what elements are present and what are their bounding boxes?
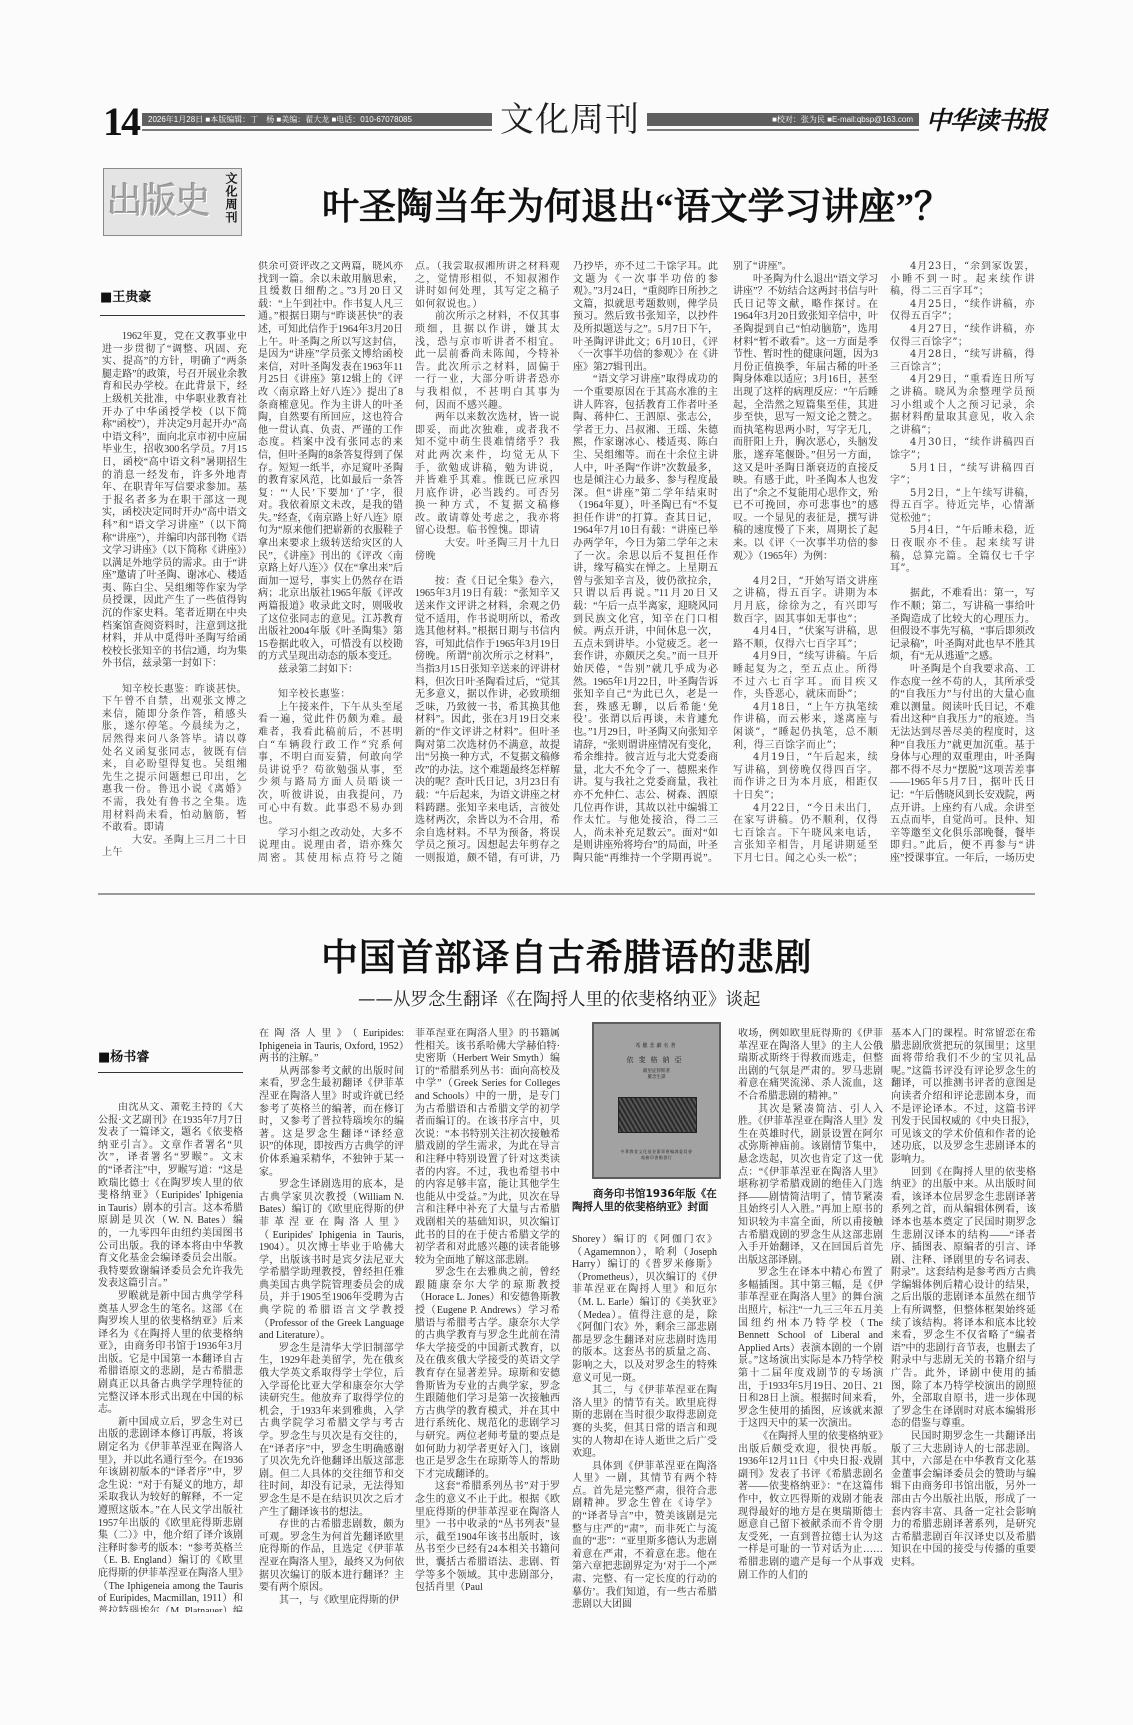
diary-entry: 4月2日，“开始写语文讲座之讲稿，得五百字。讲期为本月月底，徐徐为之，有兴即写数…: [733, 576, 878, 626]
article-bottom-subheadline: ——从罗念生翻译《在陶捋人里的依斐格纳亚》谈起: [358, 989, 761, 1011]
cover-publisher-line: 商務印書館發行: [594, 1155, 719, 1161]
cover-series-text: 希臘悲劇名著: [594, 1042, 719, 1049]
article-bottom-column-6: 基本入门的课程。时常留恋在希腊悲剧欣赏把玩的氛围里；这里面将带给我们不少的宝贝礼…: [891, 1028, 1036, 1612]
paragraph: 罗念生在去雅典之前，曾经跟随康奈尔大学的琼斯教授（Horace L. Jones…: [415, 1267, 560, 1481]
letter-text: 两年以来数次选材，皆一说即妥，而此次独难，或者我不知不觉中萌生畏难情绪乎？我对此…: [415, 412, 560, 538]
diary-entry: 4月4日，“伏案写讲稿，思路不顺，仅得六七百字耳”；: [733, 626, 878, 651]
page-number: 14: [103, 102, 139, 142]
paragraph: 民国时期罗念生一共翻译出版了三大悲剧诗人的七部悲剧。其中，六部是在中华教育文化基…: [891, 1431, 1036, 1570]
paragraph: 罗睺就是新中国古典学学科奠基人罗念生的笔名。这部《在陶罗埃人里的依斐格纳亚》后来…: [98, 1291, 243, 1417]
diary-entry: 4月30日，“续作讲稿四百馀字”；: [890, 437, 1035, 462]
header-rule-left: [142, 129, 492, 131]
paragraph: 从两部参考文献的出版时间来看，罗念生最初翻译《伊菲革涅亚在陶洛人里》时或许就已经…: [259, 1066, 404, 1179]
paragraph-continuation: 供余可资评改之文两篇，晓风亦找到一篇。余以未敢用脑思索，且缓数日细酌之。”3月2…: [258, 261, 403, 664]
paragraph: 回到《在陶捋人里的依斐格纳亚》的出版中来。从出版时间看，该译本位居罗念生悲剧译著…: [891, 1167, 1036, 1431]
diary-entry: 4月9日，“续写讲稿。午后睡起复为之，至五点止。所得不过六七百字耳。而目疾又作，…: [733, 651, 878, 701]
article-bottom-column-2: 在陶洛人里》（Euripides: Iphigeneia in Tauris, …: [259, 1028, 404, 1612]
cover-author-text: 歐里庇得斯著 羅念生譯: [594, 1069, 719, 1081]
paragraph: 其次是紧凑简洁、引人入胜。《伊菲革涅亚在陶洛人里》发生在英雄时代，剧景设置在阿尔…: [738, 1104, 883, 1268]
paragraph: 兹录第二封如下：: [258, 664, 403, 677]
column-logo-title: 出版史: [107, 175, 209, 229]
diary-entry: 4月19日，“午后起来，续写讲稿，到傍晚仅得四百字。而作讲之日为本月底，相距仅十…: [733, 752, 878, 802]
diary-entry: 4月23日，“余到家饭罢，小睡不到一时。起来续作讲稿，得二三百字耳”；: [890, 261, 1035, 299]
article-top-column-6: 4月23日，“余到家饭罢，小睡不到一时。起来续作讲稿，得二三百字耳”； 4月25…: [890, 261, 1035, 863]
paragraph: 据此，不难看出：第一，写作不顺；第二，写讲稿一事给叶圣陶造成了比较大的心理压力。…: [890, 588, 1035, 664]
paragraph-continuation: Shorey）编订的《阿伽门农》（Agamemnon），哈利（Joseph Ha…: [572, 1234, 717, 1385]
paragraph-continuation: 基本入门的课程。时常留恋在希腊悲剧欣赏把玩的氛围里；这里面将带给我们不少的宝贝礼…: [891, 1028, 1036, 1167]
diary-entry: 5月2日，“上午续写讲稿，得五百字。待近完毕，心情渐觉松弛”；: [890, 488, 1035, 526]
article-top-column-3: 点。（我尝取叔湘所讲之材料观之，觉情形相似，不知叔湘作讲时如何处理，其写定之稿子…: [415, 261, 560, 863]
article-divider-rule: [98, 893, 1035, 895]
article-top-headline: 叶圣陶当年为何退出“语文学习讲座”？: [322, 184, 951, 232]
letter-salutation: 知辛校长惠鉴：: [258, 689, 403, 702]
article-bottom-byline: ■杨书睿: [98, 1050, 149, 1066]
cover-woodcut-illustration: [618, 1097, 697, 1133]
paragraph-continuation: 在陶洛人里》（Euripides: Iphigeneia in Tauris, …: [259, 1028, 404, 1066]
paragraph: 存世的古希腊悲剧数，颇为可观。罗念生为何首先翻译欧里庇得斯的作品，且选定《伊菲革…: [259, 1519, 404, 1595]
article-bottom-headline: 中国首部译自古希腊语的悲剧: [321, 936, 812, 982]
paragraph: 《在陶捋人里的依斐格纳亚》出版后颇受欢迎，很快再版。1936年12月11日《中央…: [738, 1431, 883, 1582]
diary-entry: 5月1日，“续写讲稿四百字”；: [890, 463, 1035, 488]
header-info-bar-right: ■校对：张为民 ■E-mail:qbsp@163.com: [647, 113, 919, 126]
letter-text: 学习小组之改动处，大多不说理由。说理由者，语亦殊欠周密。其使用标点符号之随便，与…: [258, 828, 403, 863]
diary-entry: 4月22日，“今日未出门，在家写讲稿。仍不顺利，仅得七百馀言。下午晓风来电话，言…: [733, 803, 878, 863]
article-bottom-column-1: 由沈从文、萧乾主持的《大公报·文艺副刊》在1935年7月7日发表了一篇译文，题名…: [98, 1102, 243, 1612]
paragraph: 具体到《伊菲革涅亚在陶洛人里》一剧，其情节有两个特点。首先是完整严肃，很符合悲剧…: [572, 1461, 717, 1612]
paragraph: 罗念生译剧选用的底本，是古典学家贝次教授（William N. Bates）编订…: [259, 1179, 404, 1343]
paragraph: 其二，与《伊菲革涅亚在陶洛人里》的情节有关。欧里庇得斯的悲剧在当时很少取得悲剧竞…: [572, 1385, 717, 1461]
article-top-column-4: 乃抄毕，亦不过二千馀字耳。此文题为《一次事半功倍的参观》。”3月24日，“重阅昨…: [573, 261, 718, 863]
article-bottom-byline-rule: [98, 1072, 243, 1073]
paragraph-continuation: 乃抄毕，亦不过二千馀字耳。此文题为《一次事半功倍的参观》。”3月24日，“重阅昨…: [573, 261, 718, 374]
book-cover-image: 希臘悲劇名著 依斐格納亞 歐里庇得斯著 羅念生譯 中華教育文化基金董事會編譯委員…: [592, 1022, 721, 1179]
article-top-column-5: 别了“讲座”。 叶圣陶为什么退出“语文学习讲座”？不妨结合这两封书信与叶氏日记等…: [733, 261, 878, 863]
newspaper-masthead: 中华读书报: [926, 104, 1046, 138]
column-logo: 出版史 文化周刊: [103, 168, 242, 236]
article-bottom-column-3: 菲革涅亚在陶洛人里》的书籍属性相关。该书系哈佛大学赫伯特·史密斯（Herbert…: [415, 1028, 560, 1612]
article-top-column-1: 1962年夏，党在文教事业中进一步贯彻了“调整、巩固、充实、提高”的方针，明确了…: [102, 331, 247, 863]
diary-entry: 4月28日，“续写讲稿，得三百馀言”；: [890, 349, 1035, 374]
diary-entry: 4月25日，“续作讲稿，亦仅得五百字”；: [890, 299, 1035, 324]
editor-note: 按：查《日记全集》卷六，1965年3月19日有载：“张知辛又送来作文评讲之材料，…: [415, 576, 560, 863]
paragraph: 其一，与《欧里庇得斯的伊: [259, 1595, 404, 1608]
article-bottom-column-5: 收场，例如欧里庇得斯的《伊菲革涅亚在陶洛人里》的主人公俄瑞斯忒斯终于得救而逃走，…: [738, 1028, 883, 1612]
paragraph: 这套“希腊系列丛书”对于罗念生的意义不止于此。根据《欧里庇得斯的伊菲革涅亚在陶洛…: [415, 1481, 560, 1594]
paragraph: 叶圣陶为什么退出“语文学习讲座”？不妨结合这两封书信与叶氏日记等文献，略作探讨。…: [733, 274, 878, 564]
letter-signature: 大安。叶圣陶三月十九日傍晚: [415, 538, 560, 563]
letter-text: 上午接来件，下午从头至尾看一遍，觉此件仍颇为难。最难者，我看此稿前后，不甚明白“…: [258, 702, 403, 828]
paragraph: 新中国成立后，罗念生对已出版的悲剧译本修订再版，将该剧定名为《伊菲革涅亚在陶洛人…: [98, 1417, 243, 1612]
paragraph: 罗念生是清华大学旧制部学生，1929年赴美留学，先在俄亥俄大学英文系取得学士学位…: [259, 1343, 404, 1519]
paragraph-continuation: 收场，例如欧里庇得斯的《伊菲革涅亚在陶洛人里》的主人公俄瑞斯忒斯终于得救而逃走，…: [738, 1028, 883, 1104]
figure-caption: 商务印书馆1936年版《在陶捋人里的依斐格纳亚》封面: [572, 1188, 720, 1214]
diary-entry: 4月27日，“续作讲稿，亦仅得三百馀字”；: [890, 324, 1035, 349]
header-rule-right: [647, 129, 919, 131]
paragraph: 罗念生在译本中精心布置了多幅插图。其中第三幅，是《伊菲革涅亚在陶洛人里》的舞台演…: [738, 1267, 883, 1431]
paragraph: “语文学习讲座”取得成功的一个重要原因在于其高水准的主讲人阵容，包括教育工作者叶…: [573, 374, 718, 863]
letter-text: 知辛校长惠鉴：昨谈甚快。下午曾不自禁，出观张文博之来信，随即分条作答，稍感头胀，…: [102, 684, 247, 835]
article-top-byline-rule: [100, 315, 245, 316]
paragraph: 1962年夏，党在文教事业中进一步贯彻了“调整、巩固、充实、提高”的方针，明确了…: [102, 331, 247, 671]
cover-publisher-text: 中華教育文化基金董事會編譯委員會 商務印書館發行: [594, 1149, 719, 1161]
letter-continuation: 点。（我尝取叔湘所讲之材料观之，觉情形相似，不知叔湘作讲时如何处理，其写定之稿子…: [415, 261, 560, 311]
paragraph: 由沈从文、萧乾主持的《大公报·文艺副刊》在1935年7月7日发表了一篇译文，题名…: [98, 1102, 243, 1291]
diary-entry: 5月4日，“午后睡未稳，近日夜眠亦不佳。起来续写讲稿，总算完篇。全篇仅七千字耳”…: [890, 525, 1035, 575]
diary-entry: 4月29日，“重看连日所写之讲稿。晓风为余整理学员预习小组或个人之预习记录，余据…: [890, 374, 1035, 437]
diary-entry: 4月18日，“上午方执笔续作讲稿，而云彬来，遂离座与闲谈”，“睡起仍执笔，总不顺…: [733, 702, 878, 752]
section-title: 文化周刊: [500, 100, 640, 142]
letter-text: 前次所示之材料，不仅其事琐细，且据以作讲，嫌其太浅，恐与京市听讲者不相宜。此一层…: [415, 311, 560, 412]
paragraph: 叶圣陶是个自我要求高、工作态度一丝不苟的人，其所承受的“自我压力”与付出的大量心…: [890, 664, 1035, 863]
paragraph-continuation: 别了“讲座”。: [733, 261, 878, 274]
cover-title-text: 依斐格納亞: [594, 1055, 719, 1065]
article-bottom-column-4: Shorey）编订的《阿伽门农》（Agamemnon），哈利（Joseph Ha…: [572, 1234, 717, 1612]
article-top-byline: ■王贵豪: [100, 290, 151, 306]
header-info-bar-left: 2026年1月28日 ■本版编辑：丁 杨 ■美编：翟大龙 ■电话：010-670…: [142, 113, 492, 126]
paragraph-continuation: 菲革涅亚在陶洛人里》的书籍属性相关。该书系哈佛大学赫伯特·史密斯（Herbert…: [415, 1028, 560, 1267]
column-logo-subtitle: 文化周刊: [223, 172, 239, 232]
letter-signature: 大安。圣陶上三月二十日上午: [102, 835, 247, 860]
article-top-column-2: 供余可资评改之文两篇，晓风亦找到一篇。余以未敢用脑思索，且缓数日细酌之。”3月2…: [258, 261, 403, 863]
cover-translator-line: 羅念生譯: [594, 1075, 719, 1081]
